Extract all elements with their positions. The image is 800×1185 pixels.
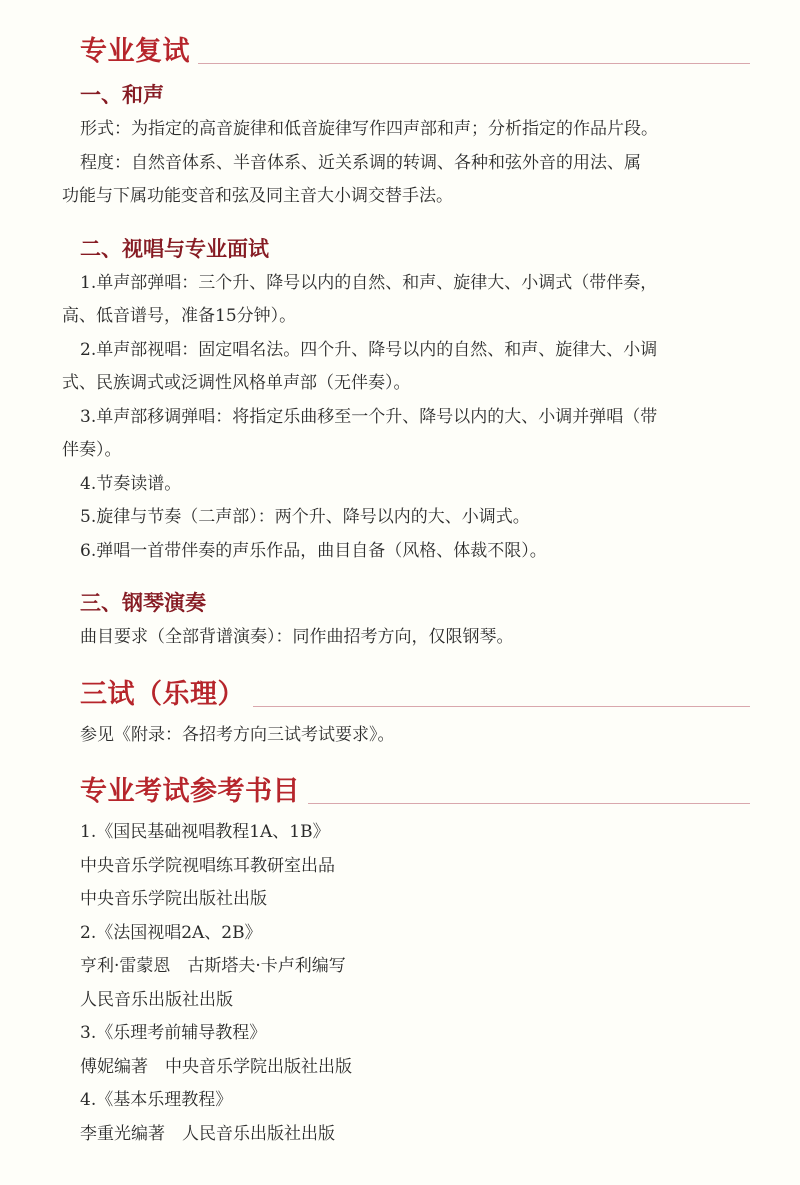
book-1-producer: 中央音乐学院视唱练耳教研室出品 [80, 850, 750, 884]
sightsinging-item-3-continued: 伴奏）。 [62, 434, 750, 468]
harmony-level-line: 程度：自然音体系、半音体系、近关系调的转调、各种和弦外音的用法、属 [80, 147, 750, 181]
sightsinging-item-4: 4.节奏读谱。 [80, 468, 750, 502]
book-1-title: 1.《国民基础视唱教程1A、1B》 [80, 816, 750, 850]
book-1-publisher: 中央音乐学院出版社出版 [80, 883, 750, 917]
sightsinging-item-2-continued: 式、民族调式或泛调性风格单声部（无伴奏）。 [62, 367, 750, 401]
book-3-author-publisher: 傅妮编著 中央音乐学院出版社出版 [80, 1051, 750, 1085]
third-test-reference: 参见《附录：各招考方向三试考试要求》。 [80, 719, 750, 753]
subheading-sightsinging: 二、视唱与专业面试 [80, 234, 750, 264]
section-title: 三试（乐理） [80, 677, 245, 713]
harmony-form-line: 形式：为指定的高音旋律和低音旋律写作四声部和声；分析指定的作品片段。 [80, 113, 750, 147]
piano-requirement: 曲目要求（全部背谱演奏）：同作曲招考方向，仅限钢琴。 [80, 621, 750, 655]
book-4-title: 4.《基本乐理教程》 [80, 1084, 750, 1118]
book-2-publisher: 人民音乐出版社出版 [80, 984, 750, 1018]
sightsinging-item-6: 6.弹唱一首带伴奏的声乐作品，曲目自备（风格、体裁不限）。 [80, 535, 750, 569]
document-page: 专业复试 一、和声 形式：为指定的高音旋律和低音旋律写作四声部和声；分析指定的作… [80, 28, 750, 1151]
book-2-authors: 亨利·雷蒙恩 古斯塔夫·卡卢利编写 [80, 950, 750, 984]
heading-rule [253, 706, 750, 707]
book-4-author-publisher: 李重光编著 人民音乐出版社出版 [80, 1118, 750, 1152]
section-heading-third-test: 三试（乐理） [80, 671, 750, 713]
section-heading-reference-books: 专业考试参考书目 [80, 768, 750, 810]
section-heading-retest: 专业复试 [80, 28, 750, 70]
book-3-title: 3.《乐理考前辅导教程》 [80, 1017, 750, 1051]
sightsinging-item-1: 1.单声部弹唱：三个升、降号以内的自然、和声、旋律大、小调式（带伴奏， [80, 267, 750, 301]
section-title: 专业考试参考书目 [80, 774, 300, 810]
harmony-level-continued: 功能与下属功能变音和弦及同主音大小调交替手法。 [62, 180, 750, 214]
subheading-harmony: 一、和声 [80, 80, 750, 110]
sightsinging-item-3: 3.单声部移调弹唱：将指定乐曲移至一个升、降号以内的大、小调并弹唱（带 [80, 401, 750, 435]
heading-rule [198, 63, 750, 64]
sightsinging-item-2: 2.单声部视唱：固定唱名法。四个升、降号以内的自然、和声、旋律大、小调 [80, 334, 750, 368]
book-2-title: 2.《法国视唱2A、2B》 [80, 917, 750, 951]
sightsinging-item-5: 5.旋律与节奏（二声部）：两个升、降号以内的大、小调式。 [80, 501, 750, 535]
section-title: 专业复试 [80, 34, 190, 70]
sightsinging-item-1-continued: 高、低音谱号，准备15分钟）。 [62, 300, 750, 334]
subheading-piano: 三、钢琴演奏 [80, 588, 750, 618]
heading-rule [308, 803, 750, 804]
